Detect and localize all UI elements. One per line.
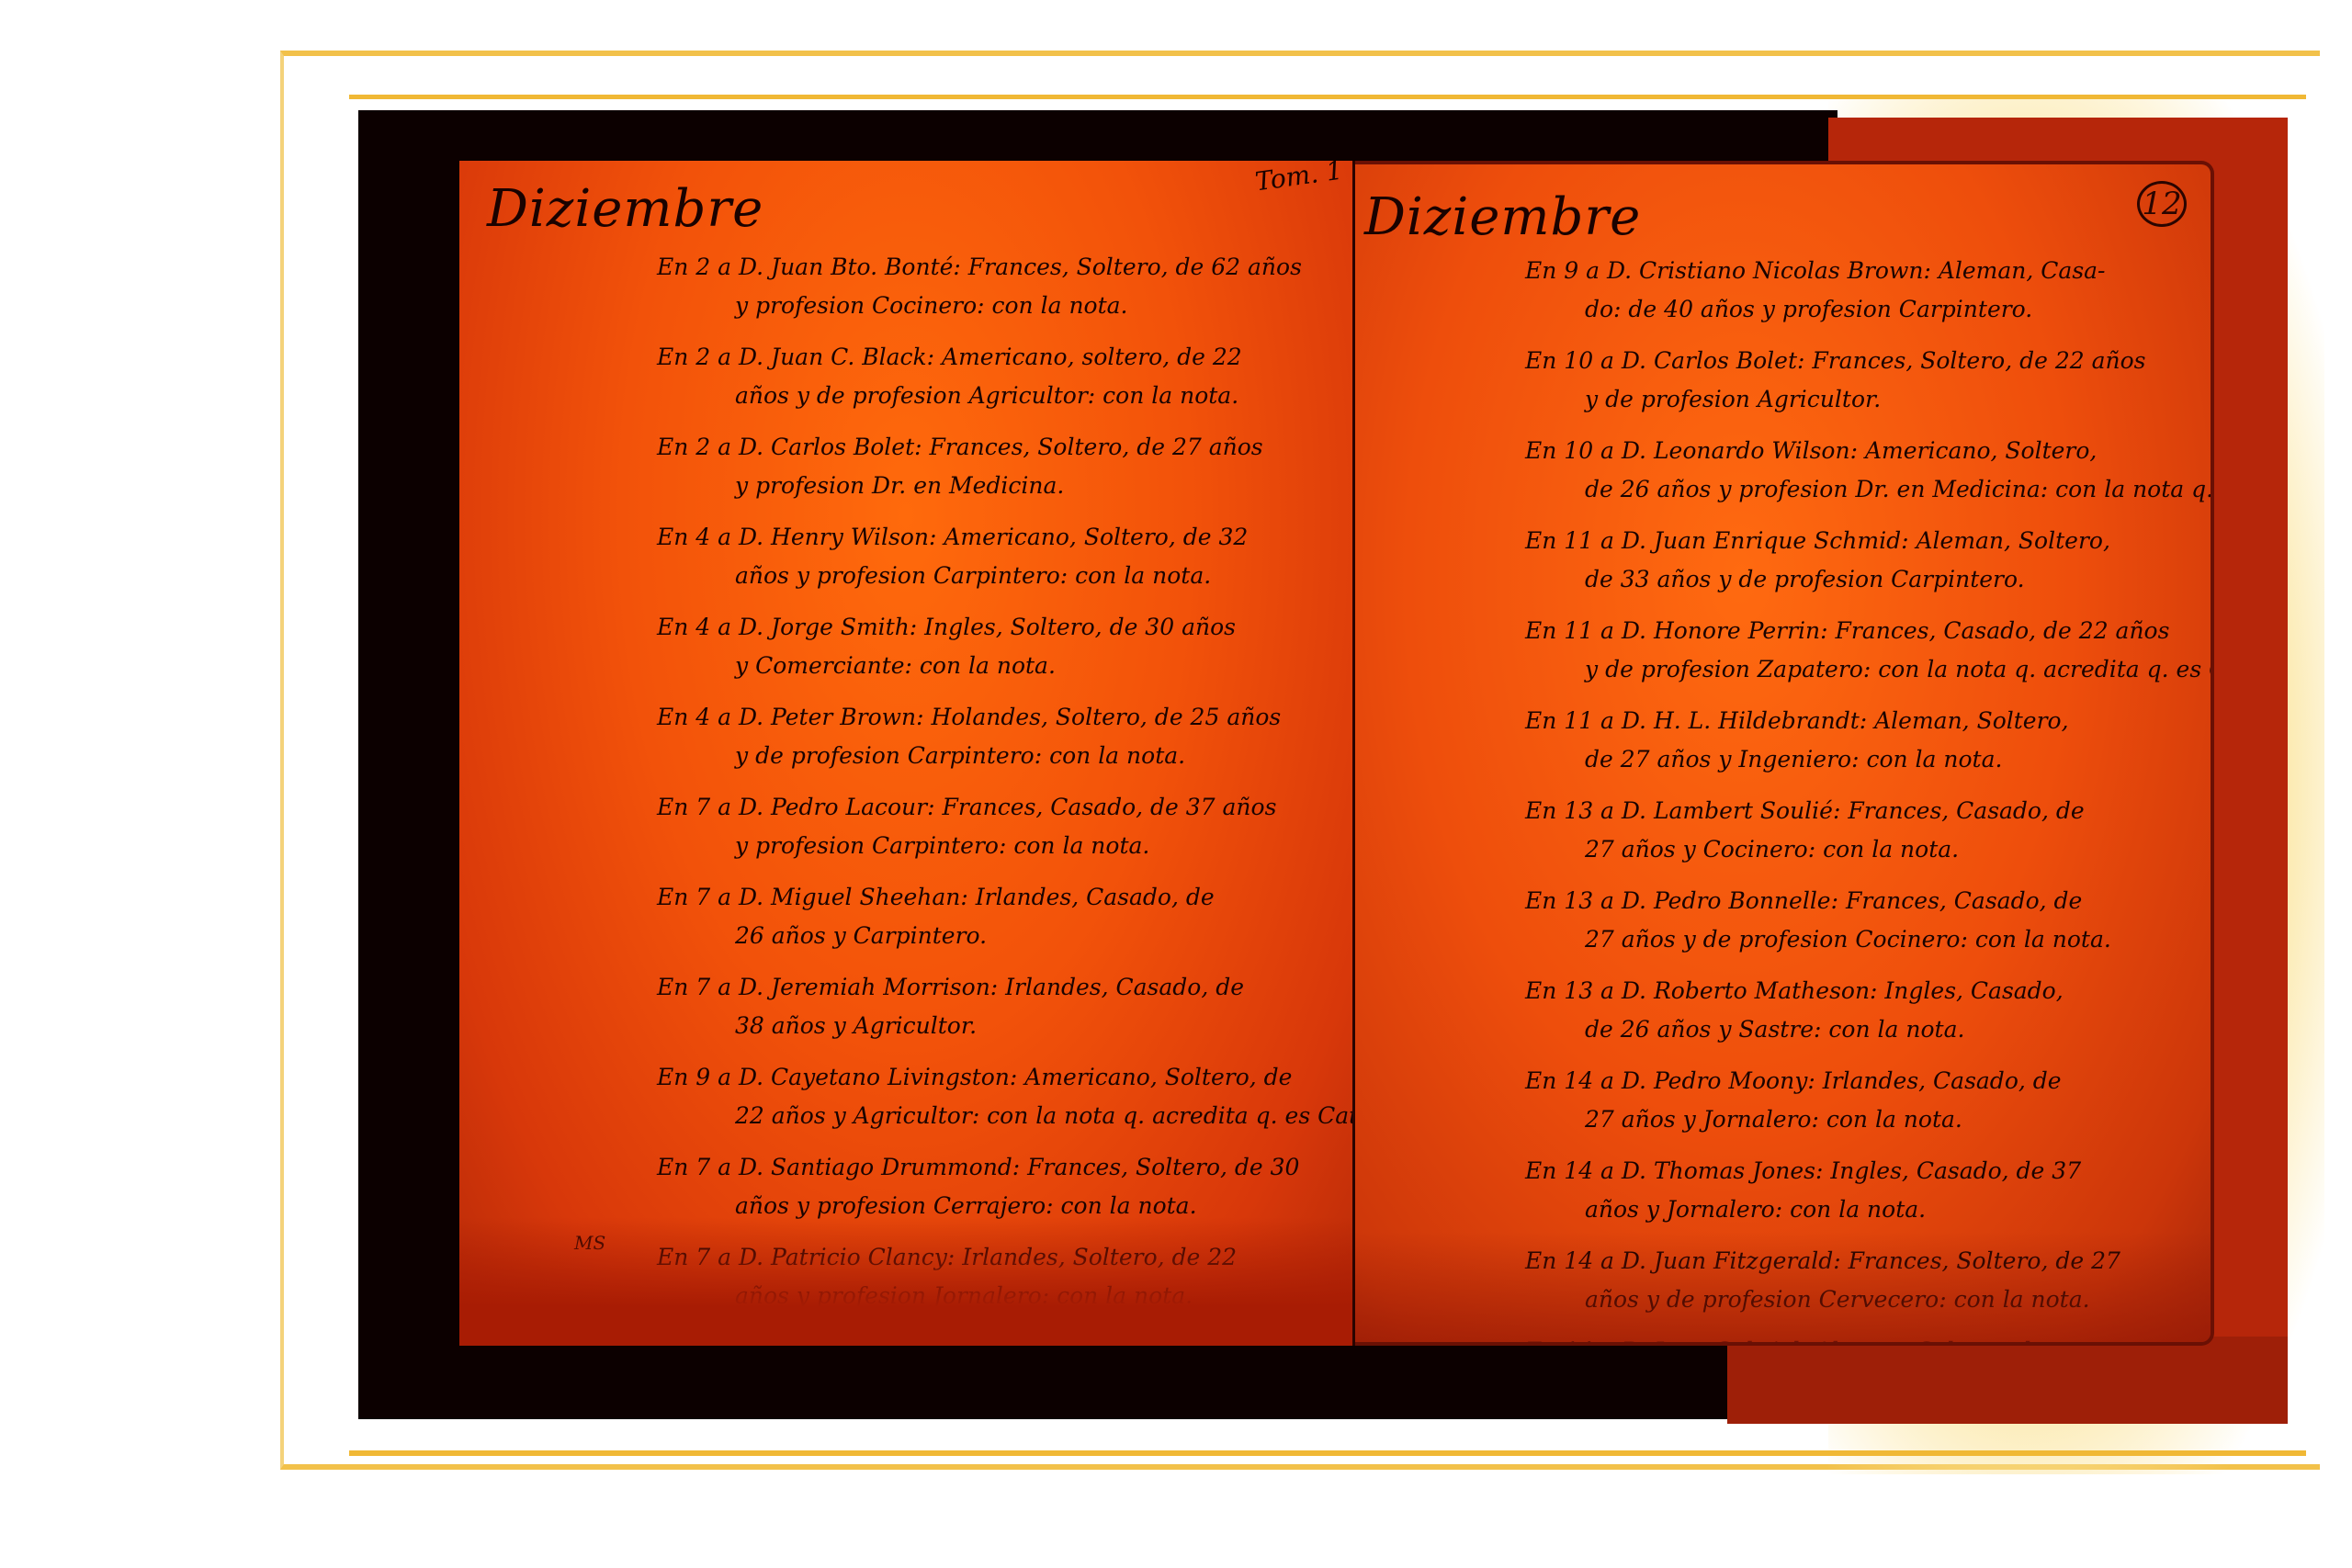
- entry-line: En 4 a D. Jorge Smith: Ingles, Soltero, …: [459, 608, 1352, 647]
- entry-line: 27 años y Jornalero: con la nota.: [1355, 1100, 2211, 1139]
- register-entry: En 7 a D. Miguel Sheehan: Irlandes, Casa…: [459, 878, 1352, 955]
- entry-line: En 2 a D. Carlos Bolet: Frances, Soltero…: [459, 428, 1352, 467]
- entry-line: y profesion Cocinero: con la nota.: [459, 287, 1352, 325]
- entry-line: En 13 a D. Lambert Soulié: Frances, Casa…: [1355, 792, 2211, 830]
- register-entry: En 9 a D. Cristiano Nicolas Brown: Alema…: [1355, 252, 2211, 329]
- register-entry: En 11 a D. Juan Enrique Schmid: Aleman, …: [1355, 522, 2211, 599]
- entry-line: En 11 a D. Honore Perrin: Frances, Casad…: [1355, 612, 2211, 650]
- entry-line: años y profesion Carpintero: con la nota…: [459, 557, 1352, 595]
- register-entry: En 10 a D. Carlos Bolet: Frances, Solter…: [1355, 342, 2211, 419]
- left-entries-list: En 2 a D. Juan Bto. Bonté: Frances, Solt…: [459, 248, 1352, 1346]
- entry-line: y profesion Dr. en Medicina.: [459, 467, 1352, 505]
- entry-line: En 13 a D. Pedro Bonnelle: Frances, Casa…: [1355, 882, 2211, 920]
- entry-line: y Comerciante: con la nota.: [459, 647, 1352, 685]
- right-backing-bottom: [1727, 1337, 2288, 1424]
- entry-line: En 7 a D. Santiago Drummond: Frances, So…: [459, 1148, 1352, 1187]
- folio-number: 12: [2137, 181, 2187, 227]
- register-entry: En 13 a D. Roberto Matheson: Ingles, Cas…: [1355, 972, 2211, 1049]
- entry-line: En 7 a D. Patricio Clancy: Irlandes, Sol…: [459, 1238, 1352, 1277]
- entry-line: años y de profesion Agricultor: con la n…: [459, 377, 1352, 415]
- left-stamp: Tom. 1: [1254, 161, 1345, 197]
- entry-line: años y profesion Cerrajero: con la nota.: [459, 1187, 1352, 1225]
- entry-line: y de profesion Zapatero: con la nota q. …: [1355, 650, 2211, 689]
- register-entry: En 4 a D. Jorge Smith: Ingles, Soltero, …: [459, 608, 1352, 685]
- register-entry: En 9 a D. Cayetano Livingston: Americano…: [459, 1058, 1352, 1135]
- register-entry: En 4 a D. Henry Wilson: Americano, Solte…: [459, 518, 1352, 595]
- register-entry: En 7 a D. Patricio Clancy: Irlandes, Sol…: [459, 1238, 1352, 1315]
- entry-line: años y profesion Jornalero: con la nota.: [459, 1277, 1352, 1315]
- entry-line: En 14 a D. Thomas Jones: Ingles, Casado,…: [1355, 1152, 2211, 1190]
- left-month-heading: Diziembre: [487, 179, 763, 239]
- entry-line: años y Jornalero: con la nota.: [1355, 1190, 2211, 1229]
- entry-line: años y de profesion Cervecero: con la no…: [1355, 1280, 2211, 1319]
- entry-line: En 14 a D. Juan Fitzgerald: Frances, Sol…: [1355, 1242, 2211, 1280]
- register-entry: En 4 a D. Peter Brown: Holandes, Soltero…: [459, 698, 1352, 775]
- entry-line: En 11 a D. Juan Enrique Schmid: Aleman, …: [1355, 522, 2211, 560]
- entry-line: de 33 años y de profesion Carpintero.: [1355, 560, 2211, 599]
- entry-line: y profesion Carpintero: con la nota.: [459, 827, 1352, 865]
- register-entry: En 14 a D. Pedro Moony: Irlandes, Casado…: [1355, 1062, 2211, 1139]
- register-entry: En 7 a D. Pedro Bryan: Irlandes, Soltero…: [459, 1328, 1352, 1346]
- entry-line: En 14 a D. Juan Gabriel: Aleman, Soltero…: [1355, 1332, 2211, 1346]
- entry-line: En 14 a D. Pedro Moony: Irlandes, Casado…: [1355, 1062, 2211, 1100]
- register-entry: En 2 a D. Juan C. Black: Americano, solt…: [459, 338, 1352, 415]
- entry-line: En 7 a D. Miguel Sheehan: Irlandes, Casa…: [459, 878, 1352, 917]
- register-entry: En 7 a D. Pedro Lacour: Frances, Casado,…: [459, 788, 1352, 865]
- right-page: Diziembre 12 En 9 a D. Cristiano Nicolas…: [1355, 161, 2214, 1346]
- entry-line: do: de 40 años y profesion Carpintero.: [1355, 290, 2211, 329]
- register-entry: En 11 a D. H. L. Hildebrandt: Aleman, So…: [1355, 702, 2211, 779]
- register-entry: En 14 a D. Juan Fitzgerald: Frances, Sol…: [1355, 1242, 2211, 1319]
- entry-line: y de profesion Agricultor.: [1355, 380, 2211, 419]
- entry-line: En 2 a D. Juan Bto. Bonté: Frances, Solt…: [459, 248, 1352, 287]
- register-entry: En 13 a D. Pedro Bonnelle: Frances, Casa…: [1355, 882, 2211, 959]
- entry-line: En 9 a D. Cayetano Livingston: Americano…: [459, 1058, 1352, 1097]
- entry-line: En 10 a D. Carlos Bolet: Frances, Solter…: [1355, 342, 2211, 380]
- register-entry: En 14 a D. Thomas Jones: Ingles, Casado,…: [1355, 1152, 2211, 1229]
- entry-line: 38 años y Agricultor.: [459, 1007, 1352, 1045]
- register-entry: En 13 a D. Lambert Soulié: Frances, Casa…: [1355, 792, 2211, 869]
- entry-line: En 4 a D. Henry Wilson: Americano, Solte…: [459, 518, 1352, 557]
- register-entry: En 7 a D. Jeremiah Morrison: Irlandes, C…: [459, 968, 1352, 1045]
- entry-line: En 13 a D. Roberto Matheson: Ingles, Cas…: [1355, 972, 2211, 1010]
- entry-line: y de profesion Carpintero: con la nota.: [459, 737, 1352, 775]
- register-entry: En 2 a D. Juan Bto. Bonté: Frances, Solt…: [459, 248, 1352, 325]
- entry-line: En 7 a D. Pedro Bryan: Irlandes, Soltero…: [459, 1328, 1352, 1346]
- margin-note: MS: [574, 1232, 605, 1254]
- right-entries-list: En 9 a D. Cristiano Nicolas Brown: Alema…: [1355, 252, 2211, 1346]
- entry-line: 22 años y Agricultor: con la nota q. acr…: [459, 1097, 1352, 1135]
- entry-line: En 7 a D. Pedro Lacour: Frances, Casado,…: [459, 788, 1352, 827]
- entry-line: En 10 a D. Leonardo Wilson: Americano, S…: [1355, 432, 2211, 470]
- register-entry: En 14 a D. Juan Gabriel: Aleman, Soltero…: [1355, 1332, 2211, 1346]
- entry-line: 26 años y Carpintero.: [459, 917, 1352, 955]
- left-page: Diziembre Tom. 1 En 2 a D. Juan Bto. Bon…: [459, 161, 1355, 1346]
- right-month-heading: Diziembre: [1364, 187, 1641, 247]
- entry-line: 27 años y de profesion Cocinero: con la …: [1355, 920, 2211, 959]
- entry-line: En 2 a D. Juan C. Black: Americano, solt…: [459, 338, 1352, 377]
- entry-line: 27 años y Cocinero: con la nota.: [1355, 830, 2211, 869]
- register-entry: En 2 a D. Carlos Bolet: Frances, Soltero…: [459, 428, 1352, 505]
- entry-line: En 4 a D. Peter Brown: Holandes, Soltero…: [459, 698, 1352, 737]
- register-entry: En 11 a D. Honore Perrin: Frances, Casad…: [1355, 612, 2211, 689]
- entry-line: En 7 a D. Jeremiah Morrison: Irlandes, C…: [459, 968, 1352, 1007]
- open-register-book: Diziembre Tom. 1 En 2 a D. Juan Bto. Bon…: [459, 161, 2214, 1346]
- register-entry: En 7 a D. Santiago Drummond: Frances, So…: [459, 1148, 1352, 1225]
- register-entry: En 10 a D. Leonardo Wilson: Americano, S…: [1355, 432, 2211, 509]
- entry-line: En 9 a D. Cristiano Nicolas Brown: Alema…: [1355, 252, 2211, 290]
- entry-line: de 26 años y profesion Dr. en Medicina: …: [1355, 470, 2211, 509]
- entry-line: de 26 años y Sastre: con la nota.: [1355, 1010, 2211, 1049]
- entry-line: En 11 a D. H. L. Hildebrandt: Aleman, So…: [1355, 702, 2211, 740]
- entry-line: de 27 años y Ingeniero: con la nota.: [1355, 740, 2211, 779]
